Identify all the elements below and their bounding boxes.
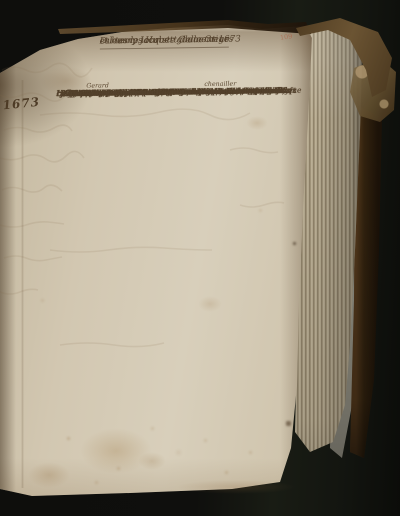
folio-number: 109 xyxy=(280,32,293,42)
handwritten-text-layer: Du temps Hubert delle Crige et henry Jac… xyxy=(0,0,400,516)
page-heading: Du temps Hubert delle Crige et henry Jac… xyxy=(100,33,278,35)
register-entries: Le 3 de may 1673 delle Alid ben Simon at… xyxy=(56,84,318,88)
manuscript-photo: Du temps Hubert delle Crige et henry Jac… xyxy=(0,0,400,516)
entry-line: lan 1673 le 19 dahier xyxy=(56,87,142,101)
margin-year-annotation: 1673 xyxy=(2,95,41,113)
heading-line: esleus le iour ste Clement 1673 xyxy=(100,33,241,48)
